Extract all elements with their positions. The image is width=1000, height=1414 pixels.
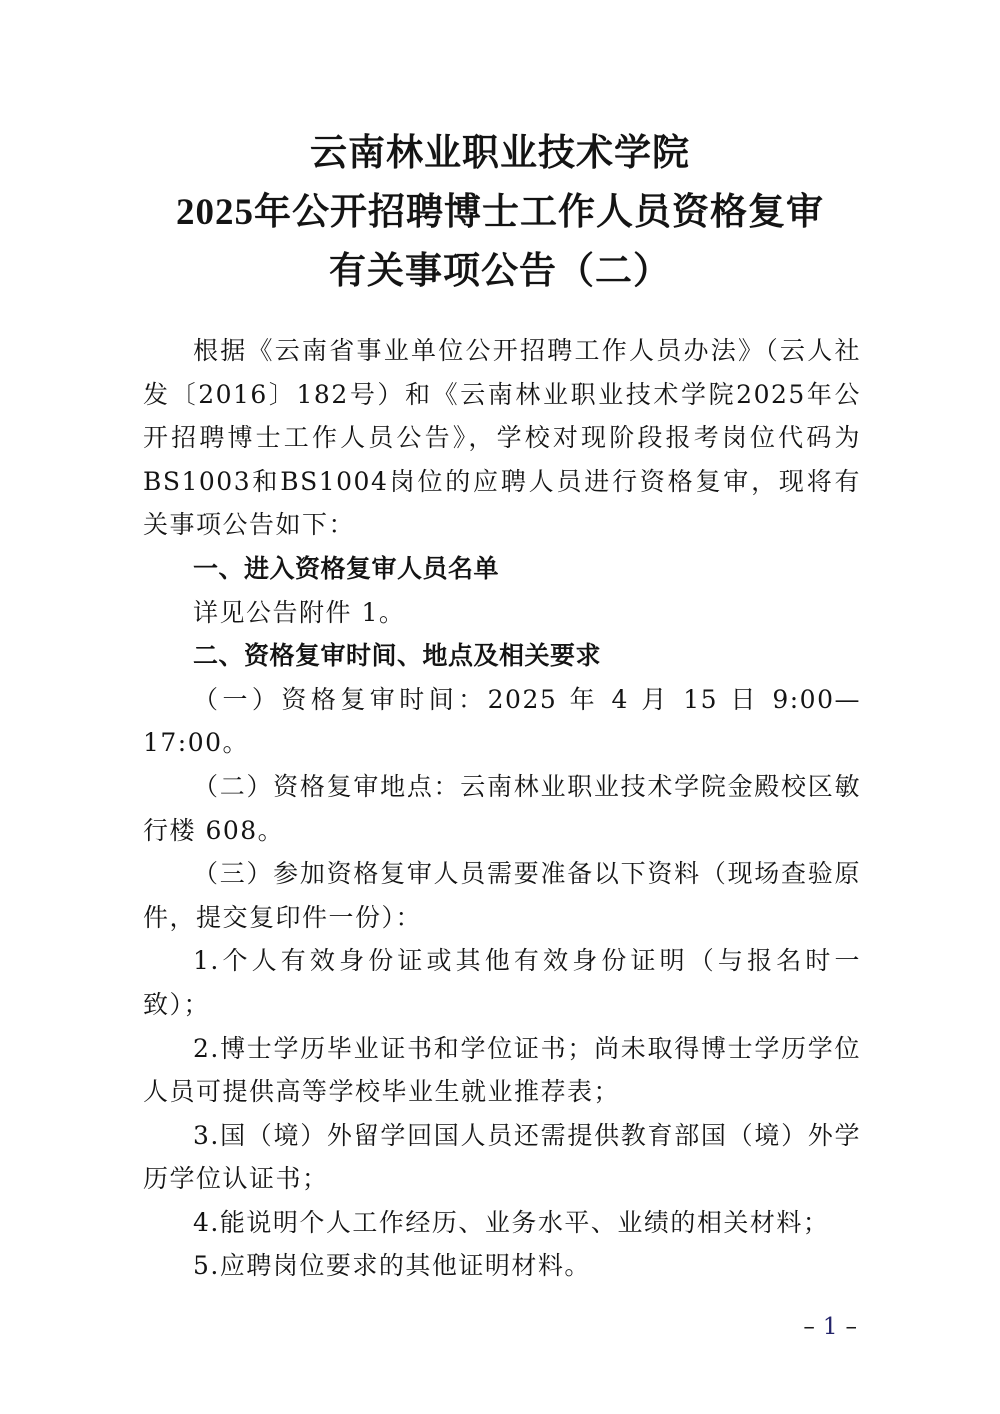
intro-paragraph: 根据《云南省事业单位公开招聘工作人员办法》（云人社发〔2016〕182号）和《云… [143,329,861,547]
item-materials-intro: （三）参加资格复审人员需要准备以下资料（现场查验原件，提交复印件一份）： [143,852,861,939]
section-2-heading: 二、资格复审时间、地点及相关要求 [143,634,861,678]
document-title: 云南林业职业技术学院 2025年公开招聘博士工作人员资格复审 有关事项公告（二） [60,124,940,301]
document-title-line-3: 有关事项公告（二） [60,242,940,301]
material-5-other-proof: 5.应聘岗位要求的其他证明材料。 [143,1244,861,1288]
document-title-line-1: 云南林业职业技术学院 [60,124,940,183]
document-title-line-2: 2025年公开招聘博士工作人员资格复审 [60,183,940,242]
section-1-body: 详见公告附件 1。 [143,591,861,635]
material-3-overseas-cert: 3.国（境）外留学回国人员还需提供教育部国（境）外学历学位认证书； [143,1114,861,1201]
item-review-location: （二）资格复审地点：云南林业职业技术学院金殿校区敏行楼 608。 [143,765,861,852]
page-number-dash-left: – [803,1314,815,1340]
page-footer: –1– [803,1312,857,1342]
document-body: 根据《云南省事业单位公开招聘工作人员办法》（云人社发〔2016〕182号）和《云… [143,329,861,1288]
page-number-dash-right: – [846,1314,858,1340]
section-1-heading: 一、进入资格复审人员名单 [143,547,861,591]
material-4-work-record: 4.能说明个人工作经历、业务水平、业绩的相关材料； [143,1201,861,1245]
material-2-diploma: 2.博士学历毕业证书和学位证书；尚未取得博士学历学位人员可提供高等学校毕业生就业… [143,1027,861,1114]
page-number: 1 [815,1314,846,1340]
document-page: 云南林业职业技术学院 2025年公开招聘博士工作人员资格复审 有关事项公告（二）… [0,0,1000,1414]
material-1-id-card: 1.个人有效身份证或其他有效身份证明（与报名时一致）； [143,939,861,1026]
item-review-time: （一）资格复审时间：2025 年 4 月 15 日 9:00—17:00。 [143,678,861,765]
